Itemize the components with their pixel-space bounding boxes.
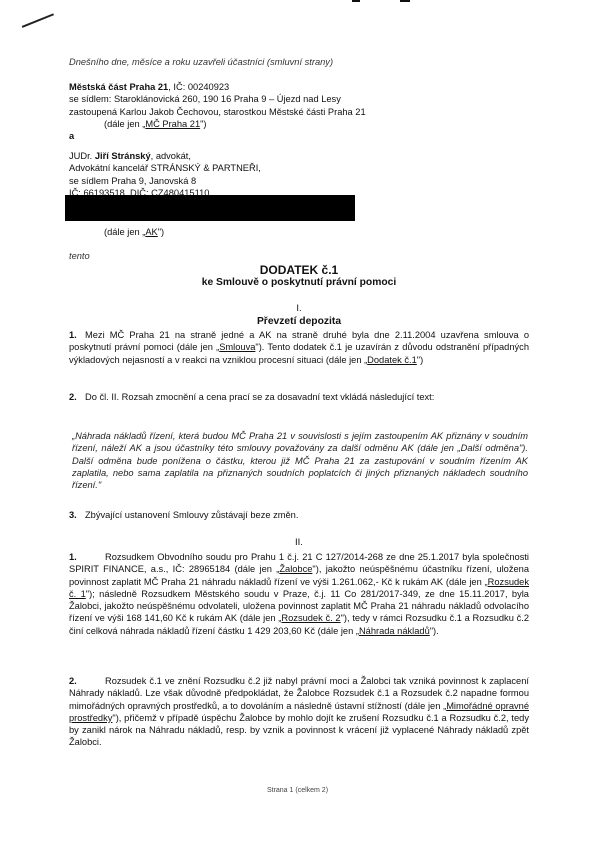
party-2-address: se sídlem Praha 9, Janovská 8 xyxy=(69,175,529,187)
document-title: DODATEK č.1 xyxy=(69,263,529,277)
section-1-paragraph-2: 2.Do čl. II. Rozsah zmocnění a cena prac… xyxy=(69,391,529,403)
party-1-name: Městská část Praha 21 xyxy=(69,82,168,92)
party-2-office: Advokátní kancelář STRÁNSKÝ & PARTNEŘI, xyxy=(69,162,529,174)
party-2-role: , advokát, xyxy=(151,151,191,161)
defined-term: Dodatek č.1 xyxy=(367,355,417,365)
defined-term: Smlouva xyxy=(219,342,255,352)
document-page: Dnešního dne, měsíce a roku uzavřeli úča… xyxy=(0,0,595,841)
party-2-title: JUDr. xyxy=(69,151,95,161)
party-1-block: Městská část Praha 21, IČ: 00240923 se s… xyxy=(69,81,529,131)
paragraph-text: Do čl. II. Rozsah zmocnění a cena prací … xyxy=(85,392,434,402)
section-2-paragraph-2: 2.Rozsudek č.1 ve znění Rozsudku č.2 již… xyxy=(69,675,529,749)
section-2-number: II. xyxy=(69,537,529,548)
party-1-name-line: Městská část Praha 21, IČ: 00240923 xyxy=(69,81,529,93)
paragraph-number: 1. xyxy=(69,329,85,341)
paragraph-number: 2. xyxy=(69,391,85,403)
defined-term: Náhrada nákladů xyxy=(359,626,430,636)
defined-term: Žalobce xyxy=(279,564,312,574)
paragraph-text: "). xyxy=(430,626,439,636)
party-1-address: se sídlem: Staroklánovická 260, 190 16 P… xyxy=(69,93,529,105)
section-1-paragraph-1: 1.Mezi MČ Praha 21 na straně jedné a AK … xyxy=(69,329,529,366)
redaction-box xyxy=(65,195,355,221)
inserted-clause-quote: „Náhrada nákladů řízení, která budou MČ … xyxy=(72,430,528,491)
section-1-paragraph-3: 3.Zbývající ustanovení Smlouvy zůstávají… xyxy=(69,509,529,521)
party-2-name: Jiří Stránský xyxy=(95,151,151,161)
party-2-alias: AK xyxy=(145,227,157,237)
party-1-alias: MČ Praha 21 xyxy=(145,119,200,129)
section-2-paragraph-1: 1.Rozsudkem Obvodního soudu pro Prahu 1 … xyxy=(69,551,529,637)
section-1-title: Převzetí depozita xyxy=(69,316,529,327)
alias-suffix: ") xyxy=(158,227,164,237)
page-footer: Strana 1 (celkem 2) xyxy=(0,787,595,794)
party-separator: a xyxy=(69,131,74,141)
alias-suffix: ") xyxy=(200,119,206,129)
paragraph-text: Zbývající ustanovení Smlouvy zůstávají b… xyxy=(85,510,298,520)
paragraph-text: ") xyxy=(417,355,423,365)
party-2-alias-line: (dále jen „AK") xyxy=(69,226,529,238)
scan-mark xyxy=(400,0,410,2)
party-1-ic: , IČ: 00240923 xyxy=(168,82,229,92)
document-subtitle: ke Smlouvě o poskytnutí právní pomoci xyxy=(69,277,529,288)
alias-prefix: (dále jen „ xyxy=(104,119,145,129)
intro-line: Dnešního dne, měsíce a roku uzavřeli úča… xyxy=(69,56,529,68)
handwritten-mark xyxy=(22,13,54,27)
tento-label: tento xyxy=(69,251,90,261)
party-1-alias-line: (dále jen „MČ Praha 21") xyxy=(69,118,529,130)
paragraph-number: 1. xyxy=(69,551,105,563)
section-1-number: I. xyxy=(69,303,529,314)
party-1-represented: zastoupená Karlou Jakob Čechovou, staros… xyxy=(69,106,529,118)
party-2-name-line: JUDr. Jiří Stránský, advokát, xyxy=(69,150,529,162)
scan-mark xyxy=(352,0,360,2)
paragraph-text: "), přičemž v případě úspěchu Žalobce by… xyxy=(69,713,529,748)
paragraph-number: 3. xyxy=(69,509,85,521)
defined-term: Rozsudek č. 2 xyxy=(281,613,340,623)
paragraph-number: 2. xyxy=(69,675,105,687)
alias-prefix: (dále jen „ xyxy=(104,227,145,237)
